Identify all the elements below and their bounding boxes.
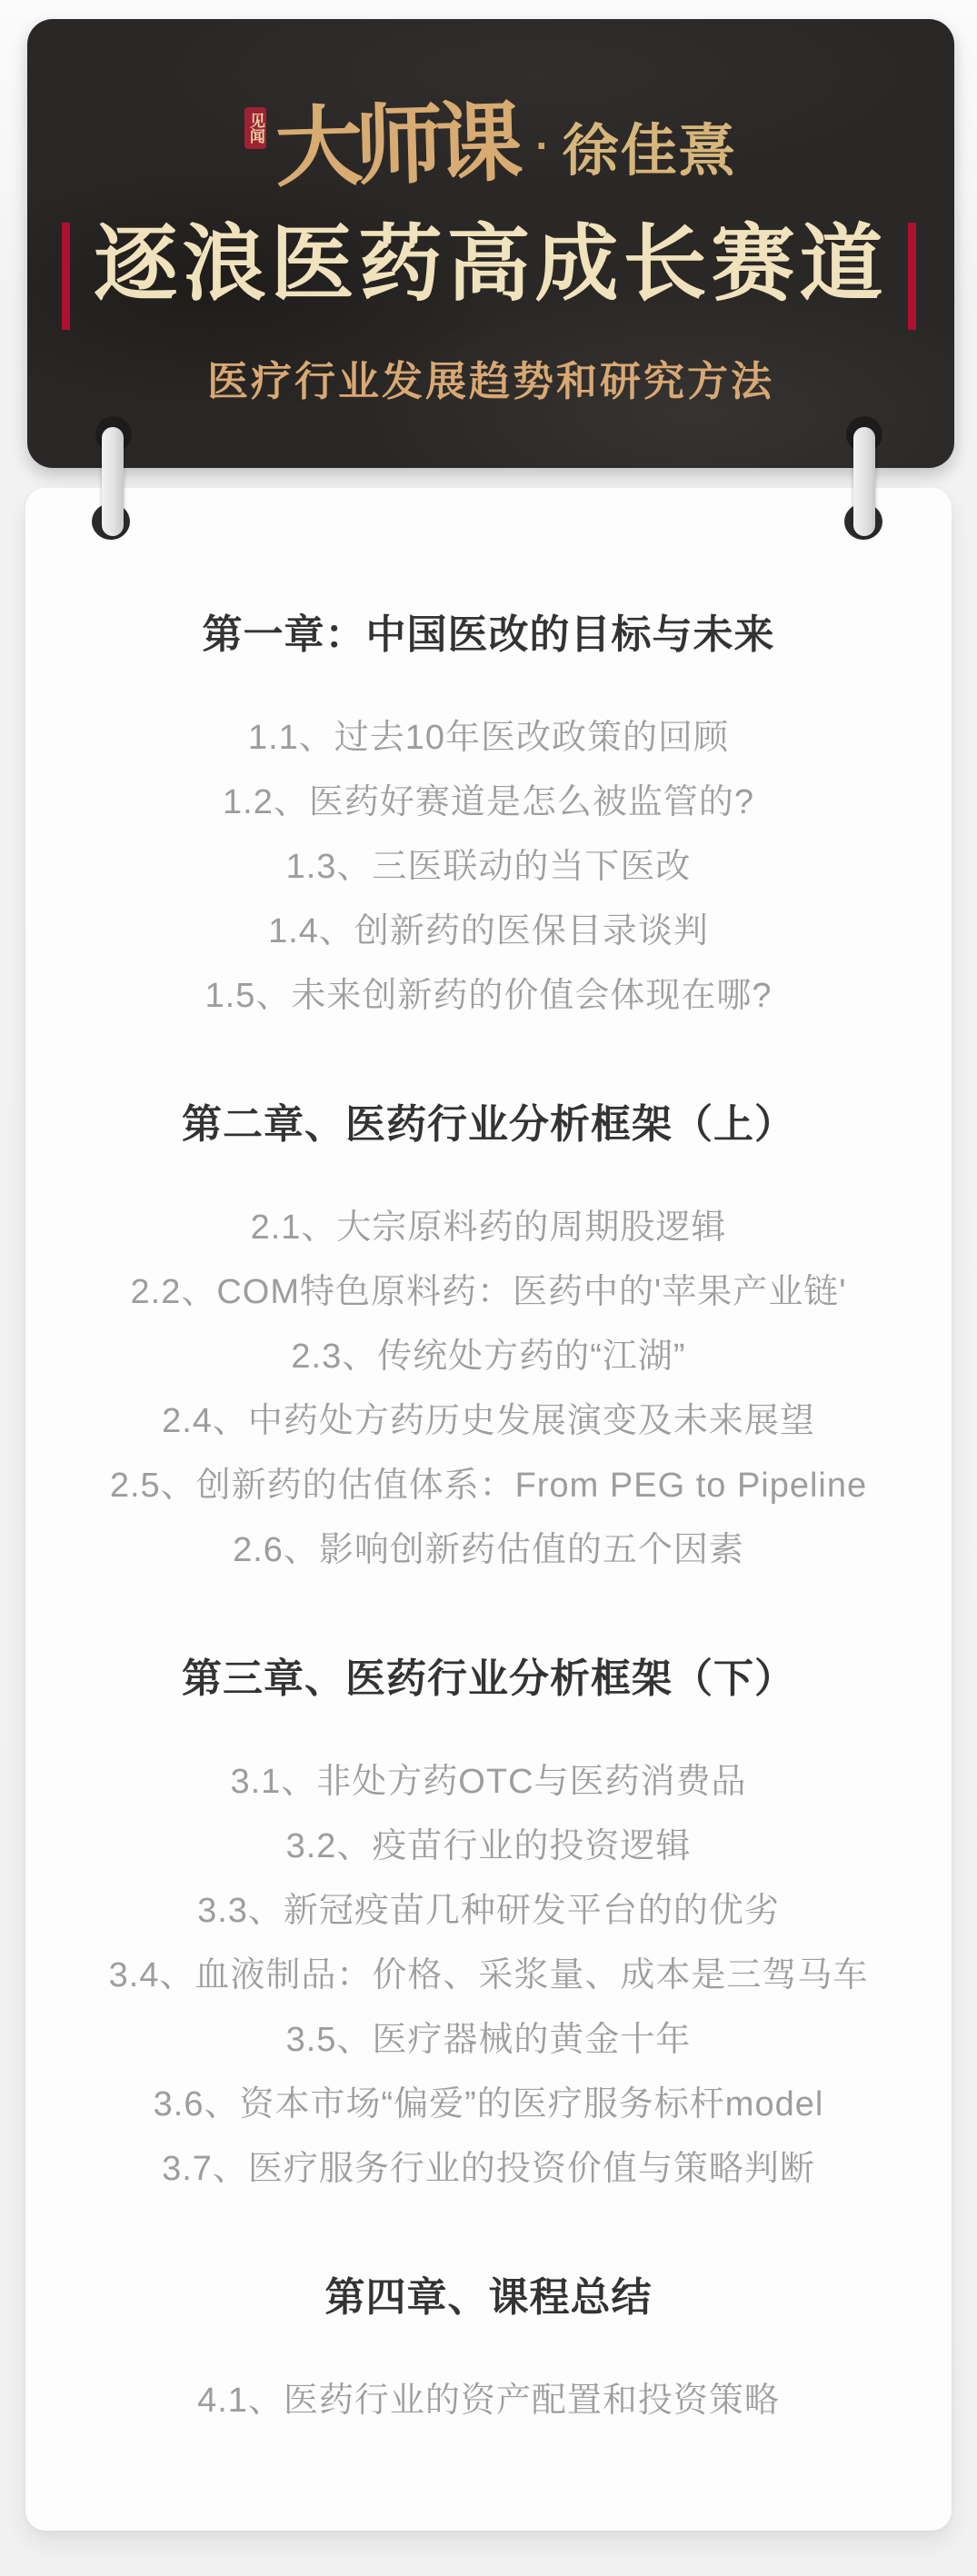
- list-item: 3.4、血液制品：价格、采浆量、成本是三驾马车: [25, 1944, 952, 2008]
- chapter-2: 第二章、医药行业分析框架（上） 2.1、大宗原料药的周期股逻辑 2.2、COM特…: [25, 1098, 952, 1583]
- list-item: 2.6、影响创新药估值的五个因素: [25, 1518, 952, 1583]
- list-item: 2.3、传统处方药的“江湖”: [25, 1325, 952, 1389]
- list-item: 2.1、大宗原料药的周期股逻辑: [25, 1196, 952, 1260]
- chapter-4-title: 第四章、课程总结: [25, 2271, 952, 2325]
- list-item: 3.2、疫苗行业的投资逻辑: [25, 1815, 952, 1879]
- list-item: 1.4、创新药的医保目录谈判: [25, 900, 952, 964]
- list-item: 1.5、未来创新药的价值会体现在哪?: [25, 964, 952, 1029]
- list-item: 1.1、过去10年医改政策的回顾: [25, 706, 952, 771]
- list-item: 3.7、医疗服务行业的投资价值与策略判断: [25, 2137, 952, 2202]
- course-outline-card: 第一章：中国医改的目标与未来 1.1、过去10年医改政策的回顾 1.2、医药好赛…: [25, 488, 952, 2531]
- list-item: 3.6、资本市场“偏爱”的医疗服务标杆model: [25, 2073, 952, 2137]
- course-title: 逐浪医药高成长赛道: [27, 204, 954, 323]
- binder-ring-left: [102, 427, 124, 536]
- chapter-1: 第一章：中国医改的目标与未来 1.1、过去10年医改政策的回顾 1.2、医药好赛…: [25, 608, 952, 1029]
- list-item: 1.2、医药好赛道是怎么被监管的?: [25, 771, 952, 835]
- list-item: 2.4、中药处方药历史发展演变及未来展望: [25, 1389, 952, 1454]
- chapter-3-title: 第三章、医药行业分析框架（下）: [25, 1652, 952, 1706]
- list-item: 1.3、三医联动的当下医改: [25, 835, 952, 900]
- list-item: 3.5、医疗器械的黄金十年: [25, 2008, 952, 2073]
- list-item: 4.1、医药行业的资产配置和投资策略: [25, 2369, 952, 2433]
- course-header-card: 见闻 大师课 · 徐佳熹 逐浪医药高成长赛道 医疗行业发展趋势和研究方法: [27, 19, 954, 468]
- list-item: 3.1、非处方药OTC与医药消费品: [25, 1750, 952, 1815]
- chapter-1-title: 第一章：中国医改的目标与未来: [25, 608, 952, 662]
- list-item: 3.3、新冠疫苗几种研发平台的的优劣: [25, 1879, 952, 1944]
- chapter-3: 第三章、医药行业分析框架（下） 3.1、非处方药OTC与医药消费品 3.2、疫苗…: [25, 1652, 952, 2202]
- chapter-2-title: 第二章、医药行业分析框架（上）: [25, 1098, 952, 1152]
- chapter-4: 第四章、课程总结 4.1、医药行业的资产配置和投资策略: [25, 2271, 952, 2433]
- binder-ring-right: [853, 427, 875, 536]
- list-item: 2.5、创新药的估值体系：From PEG to Pipeline: [25, 1454, 952, 1518]
- course-subtitle: 医疗行业发展趋势和研究方法: [27, 359, 954, 404]
- title-accent-bar-right: [908, 223, 916, 330]
- list-item: 2.2、COM特色原料药：医药中的'苹果产业链': [25, 1260, 952, 1325]
